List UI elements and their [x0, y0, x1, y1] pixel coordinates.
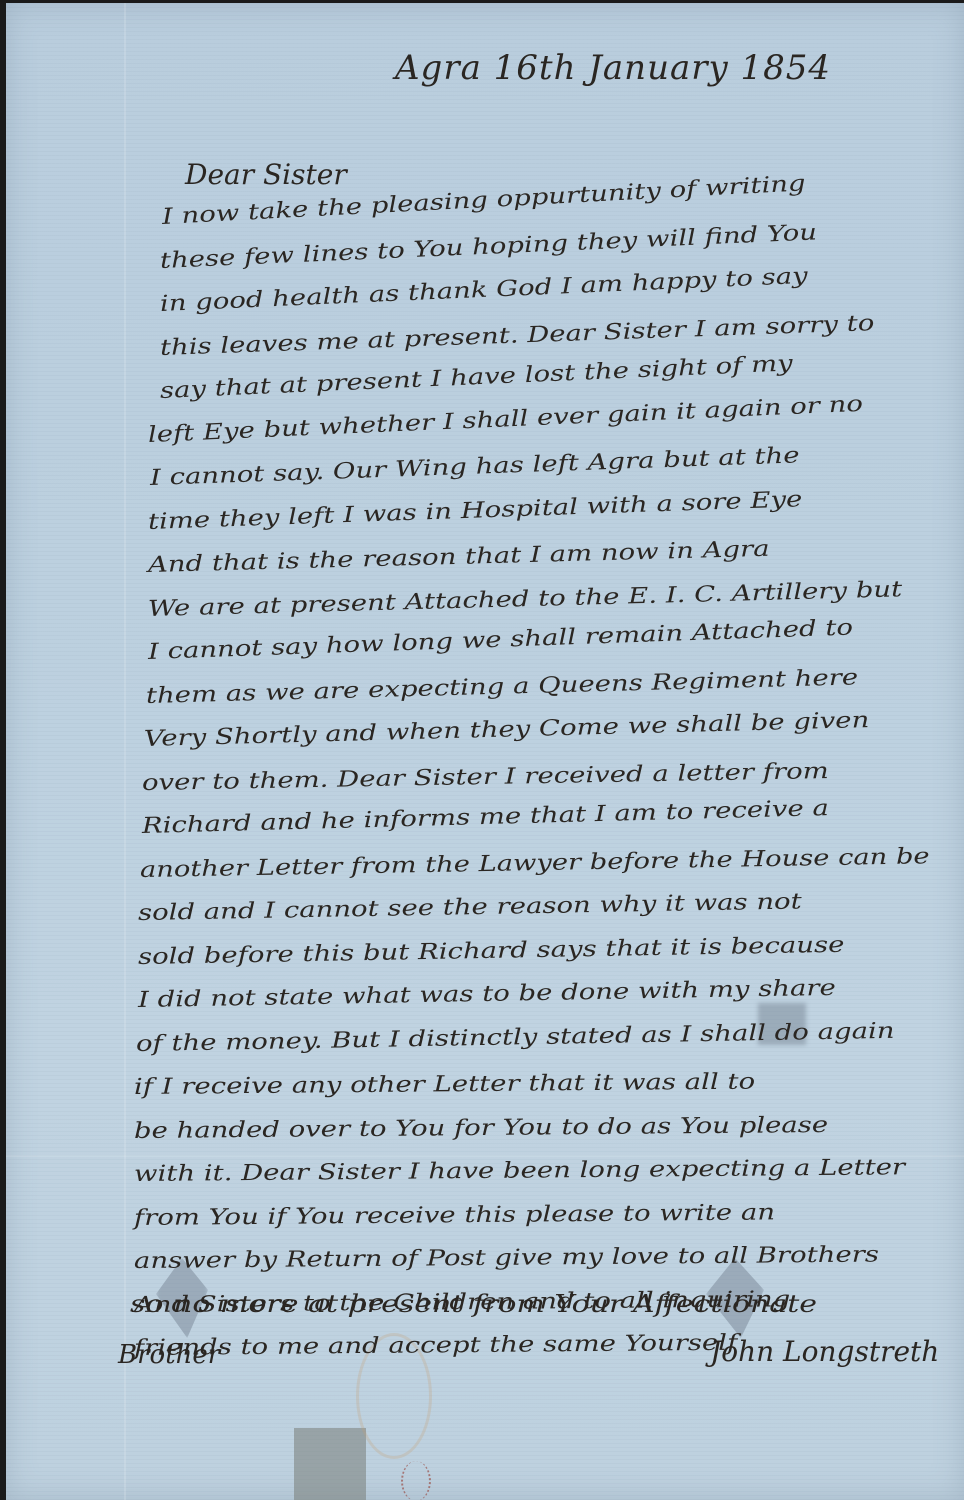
letter-greeting: Dear Sister [185, 158, 347, 191]
closing-brother: Brother [118, 1340, 220, 1370]
letter-date-heading: Agra 16th January 1854 [395, 48, 831, 88]
body-line: be handed over to You for You to do as Y… [134, 1112, 828, 1143]
red-postmark-mark [401, 1461, 431, 1500]
body-line: friends to me and accept the same Yourse… [134, 1331, 737, 1361]
signature: John Longstreth [710, 1335, 939, 1368]
wax-seal-remnant [294, 1428, 366, 1500]
paper-fold-vertical [124, 3, 126, 1500]
body-line: from You if You receive this please to w… [134, 1200, 775, 1231]
closing-line: so no more at present from Your Affectio… [130, 1290, 817, 1318]
